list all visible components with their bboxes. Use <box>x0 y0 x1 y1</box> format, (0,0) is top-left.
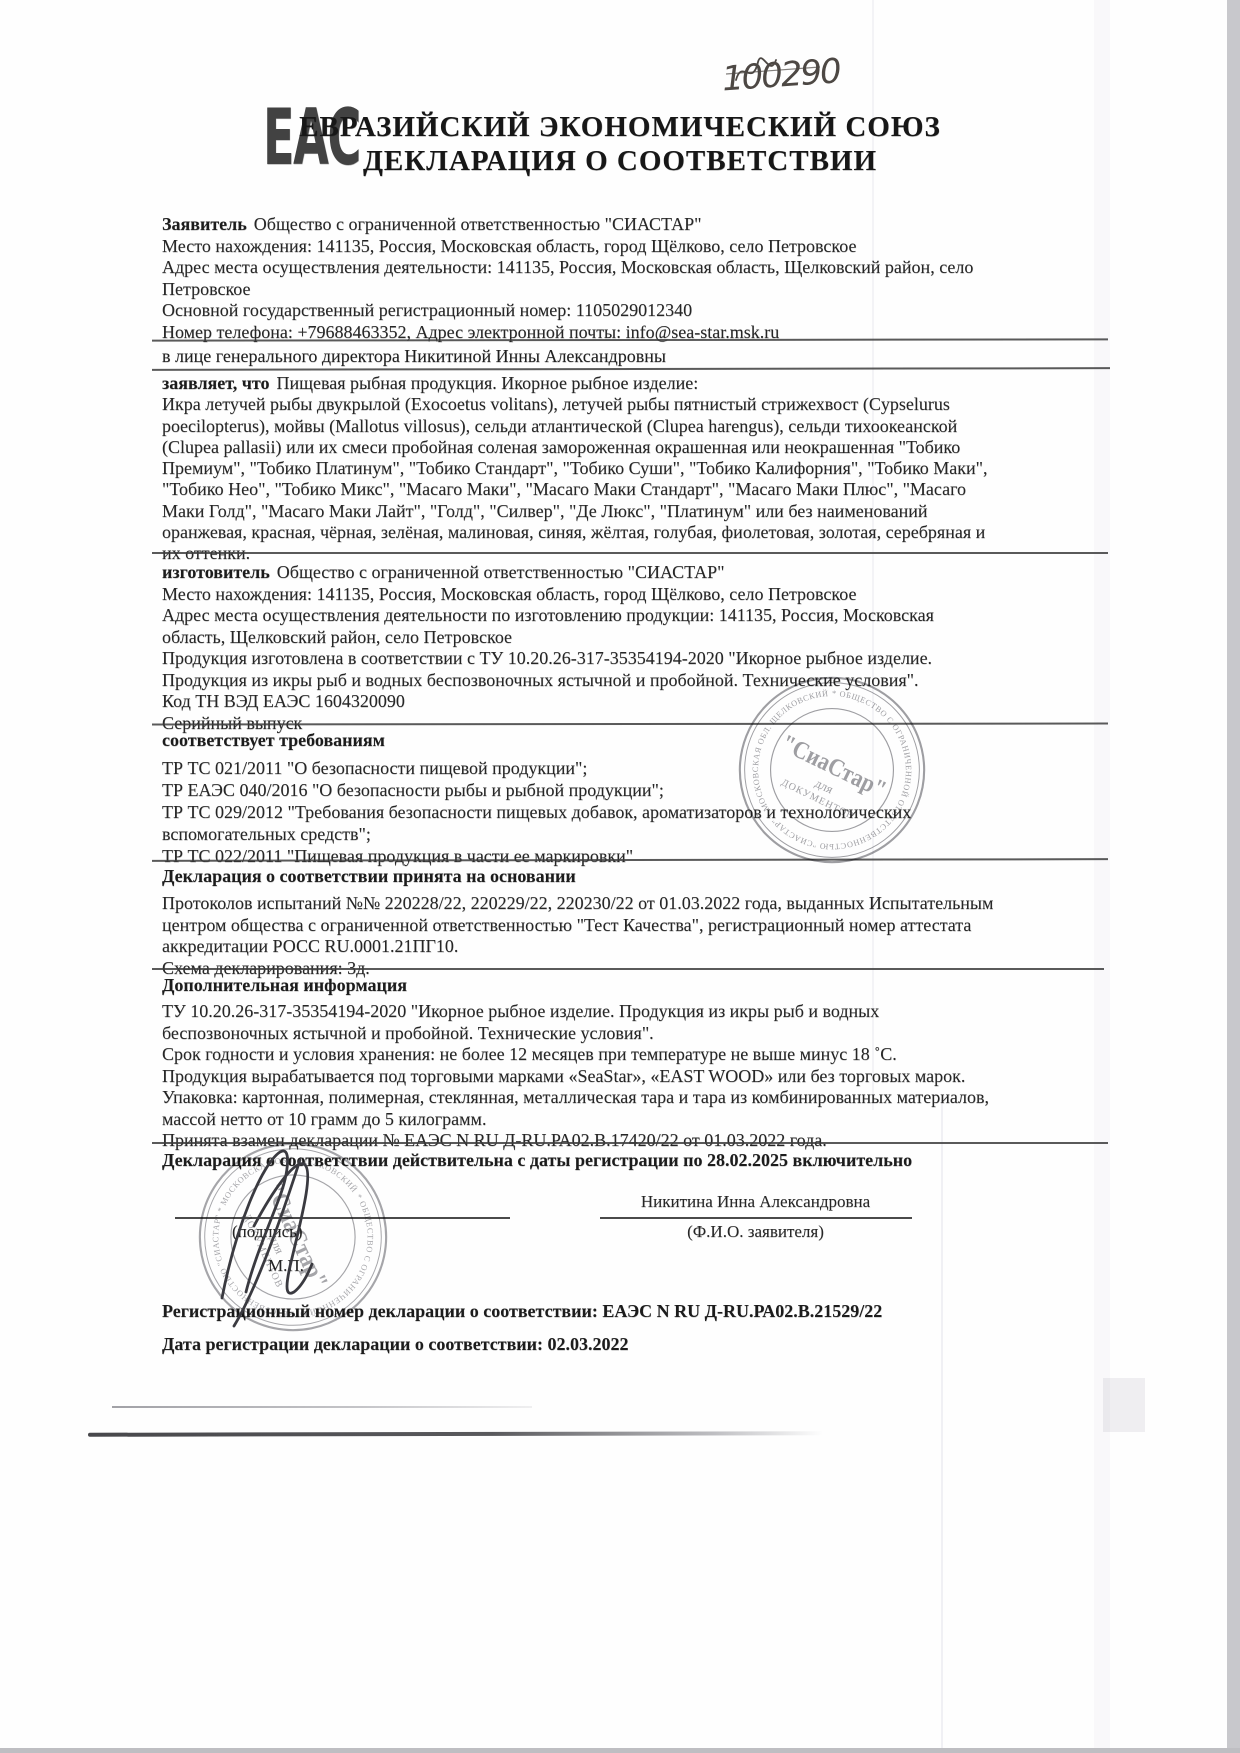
applicant-label: Заявитель <box>162 214 247 234</box>
text-line: оранжевая, красная, чёрная, зелёная, мал… <box>162 522 988 543</box>
handwritten-annotation: 100290 <box>716 46 856 106</box>
text-line: Продукция из икры рыб и водных беспозвон… <box>162 670 934 692</box>
applicant-section: ЗаявительОбщество с ограниченной ответст… <box>162 214 973 343</box>
basis-section: Протоколов испытаний №№ 220228/22, 22022… <box>162 893 993 979</box>
text-line: ТР ЕАЭС 040/2016 "О безопасности рыбы и … <box>162 779 911 801</box>
declares-intro: Пищевая рыбная продукция. Икорное рыбное… <box>277 373 699 393</box>
text-line: Продукция изготовлена в соответствии с Т… <box>162 648 934 670</box>
page-edge-bottom <box>0 1748 1240 1753</box>
basis-heading: Декларация о соответствии принята на осн… <box>162 866 576 887</box>
scan-smudge-line <box>112 1406 532 1408</box>
text-line: область, Щелковский район, село Петровск… <box>162 627 934 649</box>
text-line: Маки Голд", "Масаго Маки Лайт", "Голд", … <box>162 501 988 522</box>
fio-caption: (Ф.И.О. заявителя) <box>598 1222 913 1242</box>
text-line: Протоколов испытаний №№ 220228/22, 22022… <box>162 893 993 915</box>
text-line: центром общества с ограниченной ответств… <box>162 915 993 937</box>
applicant-name: Общество с ограниченной ответственностью… <box>254 214 702 234</box>
applicant-fio: Никитина Инна Александровна <box>598 1192 913 1212</box>
text-line: Код ТН ВЭД ЕАЭС 1604320090 <box>162 691 934 713</box>
text-line: ТР ТС 022/2011 "Пищевая продукция в част… <box>162 845 911 867</box>
text-line: ТР ТС 021/2011 "О безопасности пищевой п… <box>162 757 911 779</box>
text-line: массой нетто от 10 грамм до 5 килограмм. <box>162 1109 989 1131</box>
representative-line: в лице генерального директора Никитиной … <box>162 346 666 368</box>
text-line: (Clupea pallasii) или их смеси пробойная… <box>162 437 988 458</box>
text-line: беспозвоночных ястычной и пробойной. Тех… <box>162 1023 989 1045</box>
text-line: Премиум", "Тобико Платинум", "Тобико Ста… <box>162 458 988 479</box>
text-line: аккредитации РОСС RU.0001.21ПГ10. <box>162 936 993 958</box>
manufacturer-label: изготовитель <box>162 562 270 582</box>
text-line: "Тобико Нео", "Тобико Микс", "Масаго Мак… <box>162 479 988 500</box>
declares-label: заявляет, что <box>162 373 270 393</box>
text-line: вспомогательных средств"; <box>162 823 911 845</box>
text-line: poecilopterus), мойвы (Mallotus villosus… <box>162 416 988 437</box>
text-line: Адрес места осуществления деятельности: … <box>162 257 973 279</box>
requirements-heading: соответствует требованиям <box>162 730 385 751</box>
text-line: ЗаявительОбщество с ограниченной ответст… <box>162 214 973 236</box>
svg-text:100290: 100290 <box>721 51 842 99</box>
document-title-union: ЕВРАЗИЙСКИЙ ЭКОНОМИЧЕСКИЙ СОЮЗ <box>270 110 970 144</box>
text-line: ТР ТС 029/2012 "Требования безопасности … <box>162 801 911 823</box>
fio-line <box>600 1217 912 1219</box>
document-title-type: ДЕКЛАРАЦИЯ О СООТВЕТСТВИИ <box>270 144 970 178</box>
text-line: Основной государственный регистрационный… <box>162 300 973 322</box>
text-line: Место нахождения: 141135, Россия, Москов… <box>162 584 934 606</box>
manufacturer-section: изготовительОбщество с ограниченной отве… <box>162 562 934 734</box>
declaration-document: 100290 ЕАС ЕВРАЗИЙСКИЙ ЭКОНОМИЧЕСКИЙ СОЮ… <box>0 0 1240 1753</box>
text-line: Икра летучей рыбы двукрылой (Exocoetus v… <box>162 394 988 415</box>
scan-artifact-band <box>1094 0 1110 1753</box>
text-line: Продукция вырабатывается под торговыми м… <box>162 1066 989 1088</box>
text-line: Адрес места осуществления деятельности п… <box>162 605 934 627</box>
scan-artifact-vertical-line <box>941 1100 943 1750</box>
additional-info-heading: Дополнительная информация <box>162 975 407 996</box>
text-line: заявляет, чтоПищевая рыбная продукция. И… <box>162 373 988 394</box>
text-line: Срок годности и условия хранения: не бол… <box>162 1044 989 1066</box>
handwritten-signature <box>182 1128 362 1343</box>
section-divider <box>152 552 1108 554</box>
requirements-section: ТР ТС 021/2011 "О безопасности пищевой п… <box>162 757 911 867</box>
page-edge-right <box>1227 0 1240 1753</box>
text-line: Петровское <box>162 279 973 301</box>
product-section: заявляет, чтоПищевая рыбная продукция. И… <box>162 373 988 565</box>
text-line: Упаковка: картонная, полимерная, стеклян… <box>162 1087 989 1109</box>
text-line: изготовительОбщество с ограниченной отве… <box>162 562 934 584</box>
scan-smudge-line <box>88 1431 823 1437</box>
section-divider <box>152 968 1104 970</box>
text-line: ТУ 10.20.26-317-35354194-2020 "Икорное р… <box>162 1001 989 1023</box>
scan-artifact-patch <box>1103 1378 1145 1432</box>
text-line: Место нахождения: 141135, Россия, Москов… <box>162 236 973 258</box>
manufacturer-name: Общество с ограниченной ответственностью… <box>277 562 725 582</box>
section-divider <box>152 367 1110 370</box>
